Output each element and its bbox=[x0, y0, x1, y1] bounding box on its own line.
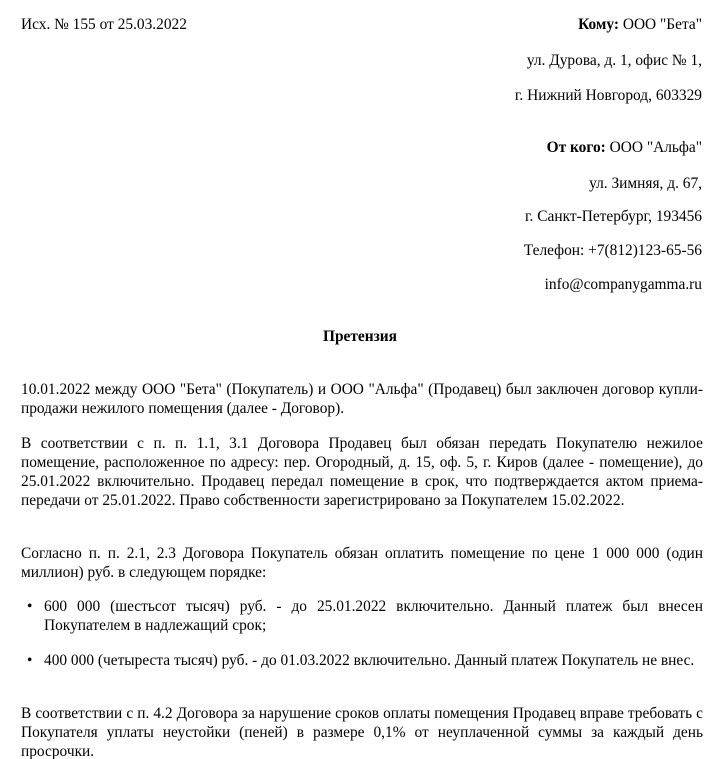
recipient-address-2: г. Нижний Новгород, 603329 bbox=[515, 87, 702, 105]
recipient-label: Кому: bbox=[578, 16, 619, 33]
recipient-name: ООО "Бета" bbox=[623, 16, 702, 33]
paragraph-payment-terms: Согласно п. п. 2.1, 2.3 Договора Покупат… bbox=[21, 544, 703, 582]
recipient-address-1: ул. Дурова, д. 1, офис № 1, bbox=[527, 52, 702, 70]
bullet-icon: • bbox=[27, 651, 32, 670]
sender-phone: Телефон: +7(812)123-65-56 bbox=[524, 242, 702, 260]
paragraph-transfer: В соответствии с п. п. 1.1, 3.1 Договора… bbox=[21, 434, 703, 510]
paragraph-contract: 10.01.2022 между ООО "Бета" (Покупатель)… bbox=[21, 380, 703, 418]
sender-name-line: От кого: ООО "Альфа" bbox=[547, 139, 702, 157]
list-item-text: 600 000 (шестьсот тысяч) руб. - до 25.01… bbox=[44, 598, 703, 634]
paragraph-penalty: В соответствии с п. 4.2 Договора за нару… bbox=[21, 704, 703, 759]
sender-email[interactable]: info@companygamma.ru bbox=[545, 276, 702, 294]
document-title: Претензия bbox=[0, 328, 720, 346]
bullet-icon: • bbox=[27, 597, 32, 616]
recipient-name-line: Кому: ООО "Бета" bbox=[578, 16, 702, 34]
sender-name: ООО "Альфа" bbox=[610, 139, 702, 156]
list-item-text: 400 000 (четыреста тысяч) руб. - до 01.0… bbox=[44, 652, 694, 669]
sender-address-1: ул. Зимняя, д. 67, bbox=[589, 175, 702, 193]
list-item-payment-1: • 600 000 (шестьсот тысяч) руб. - до 25.… bbox=[44, 597, 703, 635]
outgoing-reference: Исх. № 155 от 25.03.2022 bbox=[21, 16, 187, 34]
sender-label: От кого: bbox=[547, 139, 606, 156]
list-item-payment-2: • 400 000 (четыреста тысяч) руб. - до 01… bbox=[44, 651, 703, 670]
sender-address-2: г. Санкт-Петербург, 193456 bbox=[525, 208, 702, 226]
